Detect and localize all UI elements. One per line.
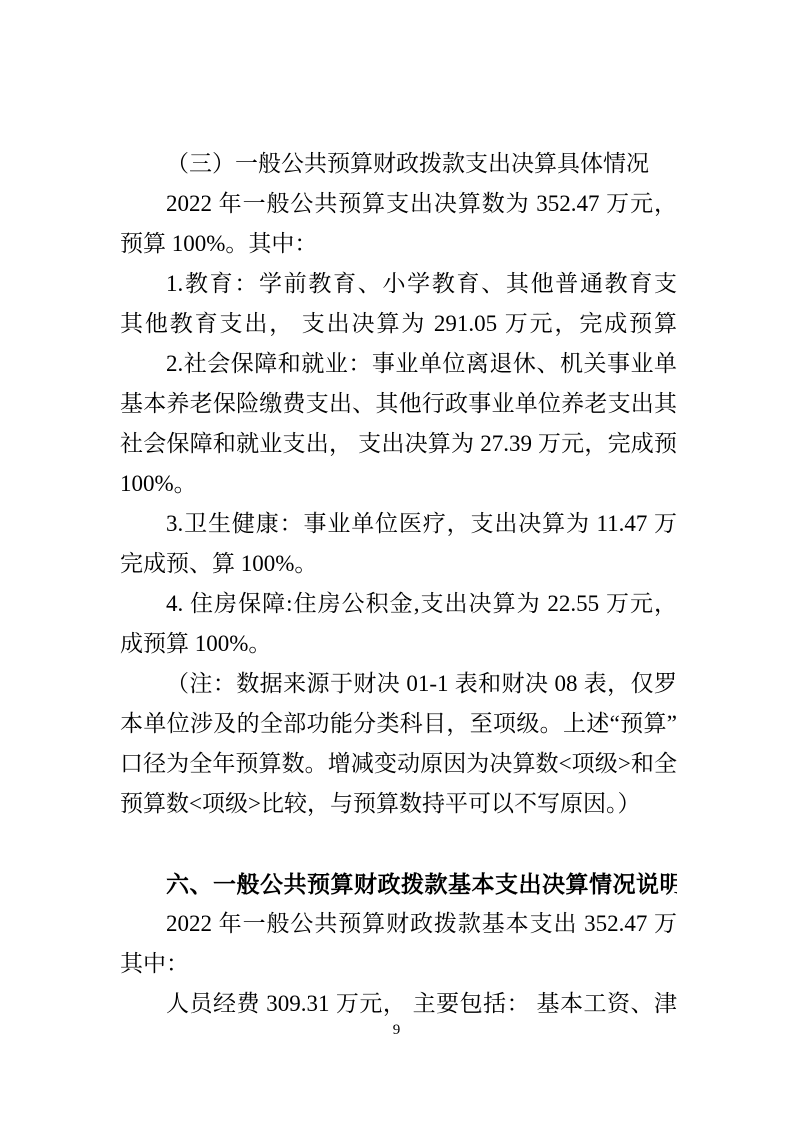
text-line: 2.社会保障和就业：事业单位离退休、机关事业单位 [120, 344, 677, 384]
text-line: 预算 100%。其中： [120, 224, 677, 264]
text-line: 2022 年一般公共预算财政拨款基本支出 352.47 万元， [120, 904, 677, 944]
note-line: （注：数据来源于财决 01-1 表和财决 08 表，仅罗列 [120, 664, 677, 704]
text-line: 100%。 [120, 464, 677, 504]
text-line: 2022 年一般公共预算支出决算数为 352.47 万元，完成 [120, 184, 677, 224]
page-number: 9 [0, 1020, 793, 1040]
note-line: 预算数<项级>比较，与预算数持平可以不写原因。） [120, 784, 677, 824]
text-line: 基本养老保险缴费支出、其他行政事业单位养老支出其他 [120, 384, 677, 424]
note-line: 口径为全年预算数。增减变动原因为决算数<项级>和全年 [120, 744, 677, 784]
text-line: 3.卫生健康：事业单位医疗，支出决算为 11.47 万元， [120, 504, 677, 544]
document-body: （三）一般公共预算财政拨款支出决算具体情况 2022 年一般公共预算支出决算数为… [120, 144, 677, 1024]
note-line: 本单位涉及的全部功能分类科目，至项级。上述“预算” [120, 704, 677, 744]
subsection-heading: （三）一般公共预算财政拨款支出决算具体情况 [120, 144, 677, 184]
text-line: 4. 住房保障:住房公积金,支出决算为 22.55 万元， 完 [120, 584, 677, 624]
text-line: 其中： [120, 944, 677, 984]
text-line: 1.教育：学前教育、小学教育、其他普通教育支出、 [120, 264, 677, 304]
document-page: （三）一般公共预算财政拨款支出决算具体情况 2022 年一般公共预算支出决算数为… [0, 0, 793, 1122]
text-line: 完成预、算 100%。 [120, 544, 677, 584]
text-line: 其他教育支出， 支出决算为 291.05 万元，完成预算 100%。 [120, 304, 677, 344]
text-line: 成预算 100%。 [120, 624, 677, 664]
text-line: 人员经费 309.31 万元， 主要包括： 基本工资、津贴补 [120, 984, 677, 1024]
section-heading: 六、一般公共预算财政拨款基本支出决算情况说明 [120, 864, 677, 904]
text-line: 社会保障和就业支出， 支出决算为 27.39 万元，完成预算 [120, 424, 677, 464]
